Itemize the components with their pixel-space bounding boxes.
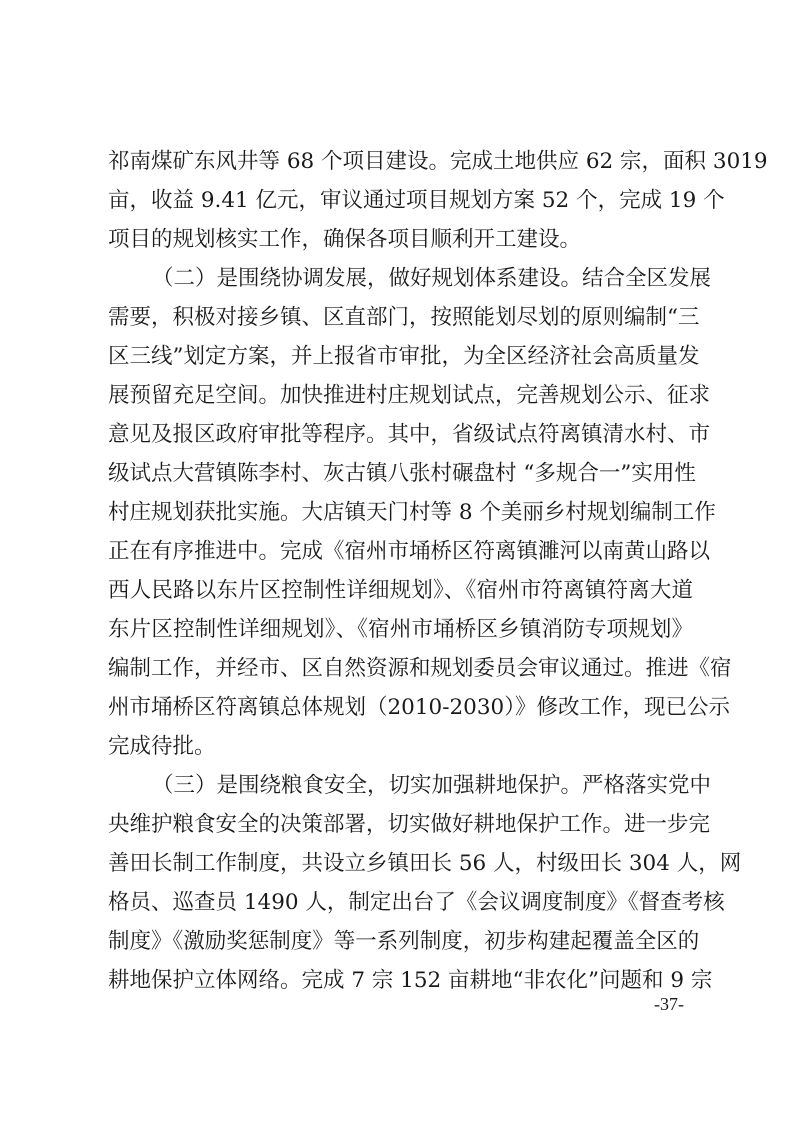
paragraph-project-construction: 祁南煤矿东风井等 68 个项目建设。完成土地供应 62 宗，面积 3019 亩，… bbox=[108, 142, 693, 259]
text-line: 州市埇桥区符离镇总体规划（2010-2030）》修改工作，现已公示 bbox=[108, 688, 693, 727]
text-line: 格员、巡查员 1490 人，制定出台了《会议调度制度》《督查考核 bbox=[108, 883, 693, 922]
text-line: 区三线”划定方案，并上报省市审批，为全区经济社会高质量发 bbox=[108, 337, 693, 376]
text-line: 东片区控制性详细规划》、《宿州市埇桥区乡镇消防专项规划》 bbox=[108, 610, 693, 649]
section-heading-line: （二）是围绕协调发展，做好规划体系建设。结合全区发展 bbox=[108, 259, 693, 298]
body-text: 祁南煤矿东风井等 68 个项目建设。完成土地供应 62 宗，面积 3019 亩，… bbox=[108, 142, 693, 1000]
text-line: 善田长制工作制度，共设立乡镇田长 56 人，村级田长 304 人，网 bbox=[108, 844, 693, 883]
text-line: 亩，收益 9.41 亿元，审议通过项目规划方案 52 个，完成 19 个 bbox=[108, 181, 693, 220]
text-line: 西人民路以东片区控制性详细规划》、《宿州市符离镇符离大道 bbox=[108, 571, 693, 610]
text-line: 展预留充足空间。加快推进村庄规划试点，完善规划公示、征求 bbox=[108, 376, 693, 415]
text-line: 完成待批。 bbox=[108, 727, 693, 766]
text-line: 制度》《激励奖惩制度》等一系列制度，初步构建起覆盖全区的 bbox=[108, 922, 693, 961]
text-line: 项目的规划核实工作，确保各项目顺利开工建设。 bbox=[108, 220, 693, 259]
section-heading-line: （三）是围绕粮食安全，切实加强耕地保护。严格落实党中 bbox=[108, 766, 693, 805]
text-line: 耕地保护立体网络。完成 7 宗 152 亩耕地“非农化”问题和 9 宗 bbox=[108, 961, 693, 1000]
paragraph-planning-system: （二）是围绕协调发展，做好规划体系建设。结合全区发展 需要，积极对接乡镇、区直部… bbox=[108, 259, 693, 766]
text-line: 村庄规划获批实施。大店镇天门村等 8 个美丽乡村规划编制工作 bbox=[108, 493, 693, 532]
text-line: 祁南煤矿东风井等 68 个项目建设。完成土地供应 62 宗，面积 3019 bbox=[108, 142, 693, 181]
text-line: 级试点大营镇陈李村、灰古镇八张村碾盘村 “多规合一”实用性 bbox=[108, 454, 693, 493]
document-page: 祁南煤矿东风井等 68 个项目建设。完成土地供应 62 宗，面积 3019 亩，… bbox=[0, 0, 793, 1122]
text-line: 意见及报区政府审批等程序。其中，省级试点符离镇清水村、市 bbox=[108, 415, 693, 454]
text-line: 需要，积极对接乡镇、区直部门，按照能划尽划的原则编制“三 bbox=[108, 298, 693, 337]
page-number: -37- bbox=[654, 992, 684, 1016]
text-line: 央维护粮食安全的决策部署，切实做好耕地保护工作。进一步完 bbox=[108, 805, 693, 844]
text-line: 编制工作，并经市、区自然资源和规划委员会审议通过。推进《宿 bbox=[108, 649, 693, 688]
paragraph-food-security: （三）是围绕粮食安全，切实加强耕地保护。严格落实党中 央维护粮食安全的决策部署，… bbox=[108, 766, 693, 1000]
text-line: 正在有序推进中。完成《宿州市埇桥区符离镇濉河以南黄山路以 bbox=[108, 532, 693, 571]
